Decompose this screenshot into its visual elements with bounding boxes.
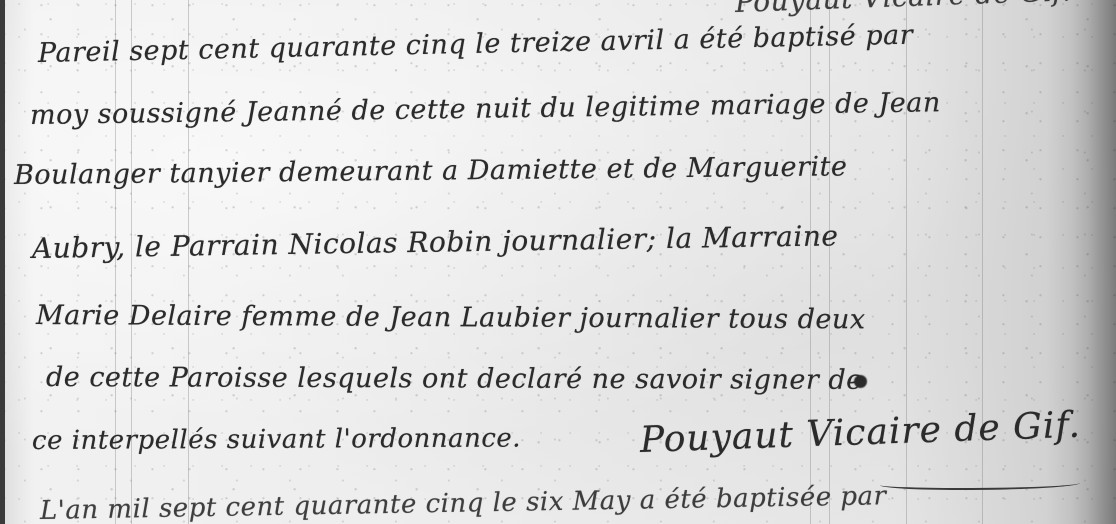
entry-line-6: de cette Paroisse lesquels ont declaré n… <box>46 362 863 396</box>
register-page: Pouyaut Vicaire de Gif. Pareil sept cent… <box>0 0 1116 524</box>
page-left-edge <box>0 0 5 524</box>
entry-line-5: Marie Delaire femme de Jean Laubier jour… <box>36 300 866 335</box>
binding-gutter-shadow <box>1046 0 1116 524</box>
ink-blot <box>854 375 867 388</box>
entry-line-7: ce interpellés suivant l'ordonnance. <box>32 423 521 456</box>
